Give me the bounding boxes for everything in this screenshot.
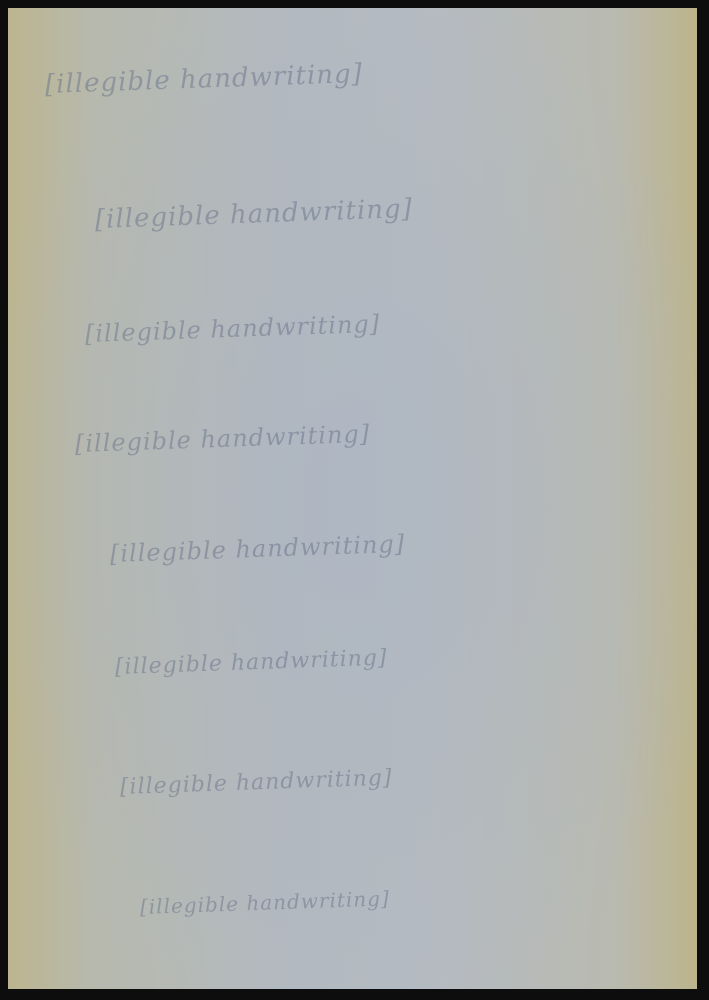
handwritten-line-6: [illegible handwriting] bbox=[115, 645, 388, 679]
handwritten-line-4: [illegible handwriting] bbox=[75, 420, 371, 458]
handwritten-line-2: [illegible handwriting] bbox=[94, 194, 413, 235]
handwritten-line-5: [illegible handwriting] bbox=[110, 530, 406, 568]
handwritten-line-8: [illegible handwriting] bbox=[140, 886, 391, 919]
paper-sheet: [illegible handwriting] [illegible handw… bbox=[8, 8, 697, 989]
handwritten-line-7: [illegible handwriting] bbox=[120, 765, 393, 799]
handwritten-line-3: [illegible handwriting] bbox=[85, 310, 381, 348]
handwritten-line-1: [illegible handwriting] bbox=[44, 59, 363, 100]
